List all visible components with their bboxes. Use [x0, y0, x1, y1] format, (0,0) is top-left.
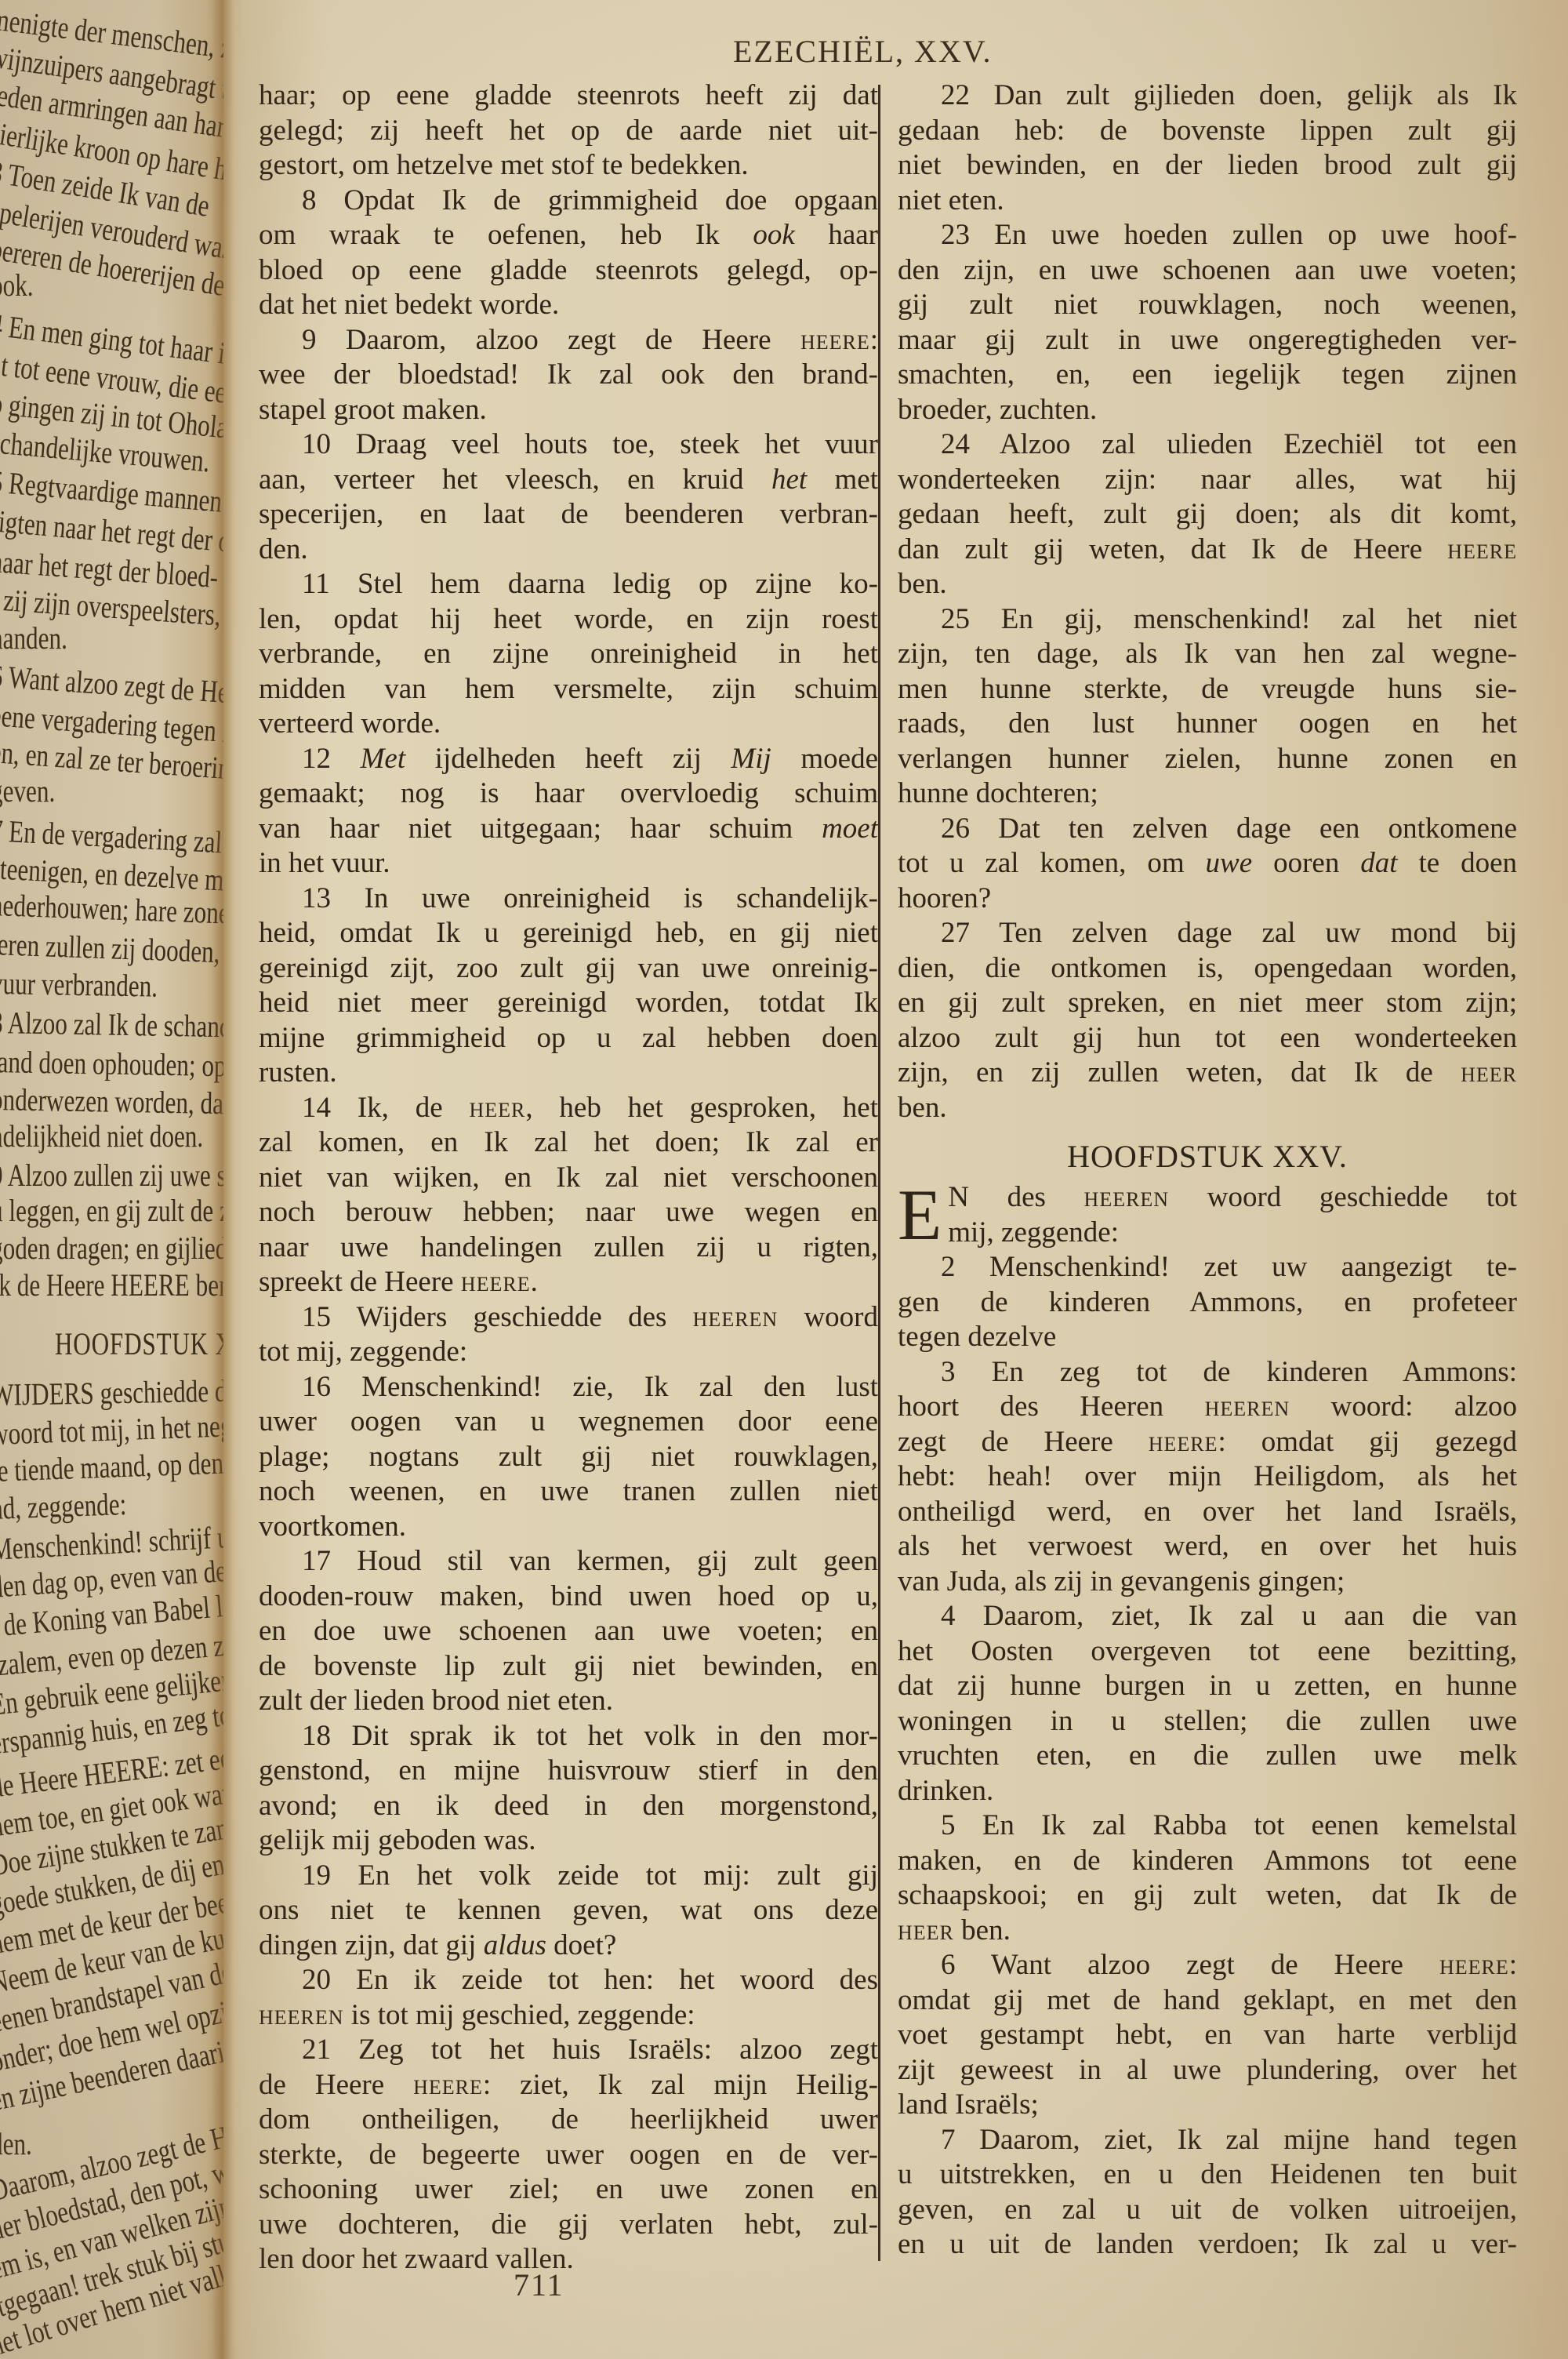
text-line: en gij zult spreken, en niet meer stom z… — [898, 986, 1517, 1021]
column-divider-rule — [878, 85, 880, 2261]
text-line: ontheiligd werd, en over het land Israël… — [898, 1495, 1517, 1530]
text-line: hoort des Heeren heeren woord: alzoo — [898, 1390, 1517, 1425]
text-line: u uitstrekken, en u den Heidenen ten bui… — [898, 2157, 1517, 2193]
text-line: omdat gij met de hand geklapt, en met de… — [898, 1983, 1517, 2019]
chapter-opening: E N des heeren woord geschiedde totmij, … — [898, 1180, 1517, 1250]
text-line: ben. — [898, 567, 1517, 602]
text-line: geven, en zal u uit de volken uitroeijen… — [898, 2193, 1517, 2228]
left-page-line: land doen ophouden; opdat al — [0, 1043, 223, 1085]
text-line: hunne dochteren; — [898, 776, 1517, 812]
left-page-line: nederhouwen; hare zonen — [0, 886, 223, 932]
text-line: 11 Stel hem daarna ledig op zijne ko- — [259, 567, 878, 602]
text-line: midden van hem versmelte, zijn schuim — [259, 672, 878, 707]
text-line: 18 Dit sprak ik tot het volk in den mor- — [259, 1719, 878, 1754]
page-number: 711 — [514, 2266, 564, 2303]
text-line: tegen dezelve — [898, 1320, 1517, 1355]
text-line: raads, den lust hunner oogen en het — [898, 707, 1517, 742]
text-line: land Israëls; — [898, 2088, 1517, 2123]
left-page-line: u leggen, en gij zult de zonden — [0, 1192, 223, 1229]
running-head: EZECHIËL, XXV. — [733, 33, 993, 70]
text-line: de bovenste lip zult gij niet bewinden, … — [259, 1649, 878, 1685]
text-line: len, opdat hij heet worde, en zijn roest — [259, 602, 878, 638]
text-line: smachten, en, een iegelijk tegen zijnen — [898, 358, 1517, 393]
left-page-line: WIJDERS geschiedde des — [0, 1372, 223, 1413]
text-line: 2 Menschenkind! zet uw aangezigt te- — [898, 1250, 1517, 1285]
text-line: den zijn, en uwe schoenen aan uwe voeten… — [898, 253, 1517, 289]
text-line: als het verwoest werd, en over het huis — [898, 1529, 1517, 1565]
text-line: en doe uwe schoenen aan uwe voeten; en — [259, 1614, 878, 1649]
left-page-line: handen. — [0, 620, 67, 656]
text-line: zijn, ten dage, als Ik van hen zal wegne… — [898, 637, 1517, 672]
text-line: spreekt de Heere heere. — [259, 1265, 878, 1300]
text-line: 13 In uwe onreinigheid is schandelijk- — [259, 881, 878, 917]
text-line: 5 En Ik zal Rabba tot eenen kemelstal — [898, 1808, 1517, 1844]
text-line: vruchten eten, en die zullen uwe melk — [898, 1739, 1517, 1774]
text-line: dom ontheiligen, de heerlijkheid uwer — [259, 2103, 878, 2138]
text-line: dat zij hunne burgen in u zetten, en hun… — [898, 1669, 1517, 1704]
text-line: 9 Daarom, alzoo zegt de Heere heere: — [259, 323, 878, 358]
left-page-line: ook. — [0, 267, 34, 304]
text-line: verlangen hunner zielen, hunne zonen en — [898, 742, 1517, 777]
verses-chapter-25: 2 Menschenkind! zet uw aangezigt te-gen … — [898, 1250, 1517, 2263]
text-line: 23 En uwe hoeden zullen op uwe hoof- — [898, 218, 1517, 253]
text-line: niet eten. — [898, 184, 1517, 219]
text-line: gereinigd zijt, zoo zult gij van uwe onr… — [259, 951, 878, 987]
text-line: zijn, en zij zullen weten, dat Ik de hee… — [898, 1056, 1517, 1091]
text-line: van Juda, als zij in gevangenis gingen; — [898, 1565, 1517, 1600]
left-page-line: goden dragen; en gijlieden zult — [0, 1230, 223, 1267]
verses-chapter-24-end: 22 Dan zult gijlieden doen, gelijk als I… — [898, 78, 1517, 1125]
text-line: niet van wijken, en Ik zal niet verschoo… — [259, 1161, 878, 1196]
text-line: dan zult gij weten, dat Ik de Heere heer… — [898, 533, 1517, 568]
book-gutter — [212, 0, 243, 2359]
column-right: 22 Dan zult gijlieden doen, gelijk als I… — [898, 78, 1517, 2263]
text-line: mijne grimmigheid op u zal hebben doen — [259, 1021, 878, 1056]
drop-cap: E — [898, 1183, 942, 1246]
text-line: 24 Alzoo zal ulieden Ezechiël tot een — [898, 427, 1517, 463]
text-line: rusten. — [259, 1056, 878, 1091]
text-line: uwer oogen van u wegnemen door eene — [259, 1405, 878, 1440]
left-page-line: geven. — [0, 772, 55, 809]
text-line: heid niet meer gereinigd worden, totdat … — [259, 986, 878, 1021]
text-line: tot mij, zeggende: — [259, 1335, 878, 1370]
text-line: naar uwe handelingen zullen zij u rigten… — [259, 1230, 878, 1266]
text-line: broeder, zuchten. — [898, 393, 1517, 428]
left-page-fragment: menigte der menschen, zoo zonden zijwijn… — [0, 0, 223, 2359]
left-page-line: 9 Alzoo zullen zij uwe schand- — [0, 1157, 223, 1194]
text-line: 4 Daarom, ziet, Ik zal u aan die van — [898, 1599, 1517, 1634]
text-line: heer ben. — [898, 1914, 1517, 1949]
left-page-line: 8 Alzoo zal Ik de schandelijk- — [0, 1004, 223, 1046]
text-line: 16 Menschenkind! zie, Ik zal den lust — [259, 1370, 878, 1405]
text-line: niet bewinden, en der lieden brood zult … — [898, 148, 1517, 184]
left-page-line: vuur verbranden. — [0, 965, 158, 1005]
text-line: haar; op eene gladde steenrots heeft zij… — [259, 78, 878, 114]
text-line: gedaan heeft, zult gij doen; als dit kom… — [898, 497, 1517, 533]
text-line: 25 En gij, menschenkind! zal het niet — [898, 602, 1517, 638]
text-line: 6 Want alzoo zegt de Heere heere: — [898, 1948, 1517, 1983]
text-line: 14 Ik, de heer, heb het gesproken, het — [259, 1091, 878, 1126]
text-line: dien, die ontkomen is, opengedaan worden… — [898, 951, 1517, 987]
text-line: 26 Dat ten zelven dage een ontkomene — [898, 812, 1517, 847]
left-page-line: den. — [0, 2125, 32, 2162]
text-line: verteerd worde. — [259, 707, 878, 742]
text-line: bloed op eene gladde steenrots gelegd, o… — [259, 253, 878, 289]
text-line: len door het zwaard vallen. — [259, 2242, 878, 2277]
text-line: om wraak te oefenen, heb Ik ook haar — [259, 218, 878, 253]
text-line: 27 Ten zelven dage zal uw mond bij — [898, 916, 1517, 951]
text-line: tot u zal komen, om uwe ooren dat te doe… — [898, 846, 1517, 881]
text-line: specerijen, en laat de beenderen verbran… — [259, 497, 878, 533]
text-line: heeren is tot mij geschied, zeggende: — [259, 1998, 878, 2034]
text-line: 19 En het volk zeide tot mij: zult gij — [259, 1859, 878, 1894]
text-line: plage; nogtans zult gij niet rouwklagen, — [259, 1440, 878, 1475]
left-page-line: Ik de Heere HEERE ben. — [0, 1267, 223, 1303]
text-line: avond; en ik deed in den morgenstond, — [259, 1789, 878, 1824]
text-line: 20 En ik zeide tot hen: het woord des — [259, 1963, 878, 1998]
text-line: 22 Dan zult gijlieden doen, gelijk als I… — [898, 78, 1517, 114]
text-line: zult der lieden brood niet eten. — [259, 1684, 878, 1719]
text-line: gelijk mij geboden was. — [259, 1823, 878, 1859]
text-line: gen de kinderen Ammons, en profeteer — [898, 1285, 1517, 1321]
text-line: noch berouw hebben; naar uwe wegen en — [259, 1195, 878, 1230]
text-line: 12 Met ijdelheden heeft zij Mij moede — [259, 742, 878, 777]
opening-line: mij, zeggende: — [898, 1216, 1517, 1251]
text-line: 10 Draag veel houts toe, steek het vuur — [259, 427, 878, 463]
text-line: 21 Zeg tot het huis Israëls: alzoo zegt — [259, 2033, 878, 2068]
column-left: haar; op eene gladde steenrots heeft zij… — [259, 78, 878, 2277]
text-line: drinken. — [898, 1774, 1517, 1809]
text-line: 3 En zeg tot de kinderen Ammons: — [898, 1355, 1517, 1390]
text-line: schaapskooi; en gij zult weten, dat Ik d… — [898, 1878, 1517, 1914]
text-line: gelegd; zij heeft het op de aarde niet u… — [259, 114, 878, 149]
text-line: schooning uwer ziel; en uwe zonen en — [259, 2172, 878, 2208]
text-line: uwe dochteren, die gij verlaten hebt, zu… — [259, 2208, 878, 2243]
text-line: 15 Wijders geschiedde des heeren woord — [259, 1300, 878, 1336]
text-line: noch weenen, en uwe tranen zullen niet — [259, 1474, 878, 1510]
left-page-line: onderwezen worden, dat zij — [0, 1081, 223, 1122]
text-line: maken, en de kinderen Ammons tot eene — [898, 1844, 1517, 1879]
text-line: wee der bloedstad! Ik zal ook den brand- — [259, 358, 878, 393]
text-line: maar gij zult in uwe ongeregtigheden ver… — [898, 323, 1517, 358]
text-line: hooren? — [898, 881, 1517, 917]
left-page-line: nd, zeggende: — [0, 1485, 127, 1527]
text-line: het Oosten overgeven tot eene bezitting, — [898, 1634, 1517, 1670]
opening-line: N des heeren woord geschiedde tot — [898, 1180, 1517, 1216]
text-line: zegt de Heere heere: omdat gij gezegd — [898, 1425, 1517, 1460]
text-line: dooden-rouw maken, bind uwen hoed op u, — [259, 1579, 878, 1615]
text-line: 8 Opdat Ik de grimmigheid doe opgaan — [259, 184, 878, 219]
text-line: genstond, en mijne huisvrouw stierf in d… — [259, 1754, 878, 1789]
text-line: gemaakt; nog is haar overvloedig schuim — [259, 776, 878, 812]
left-chapter-heading: HOOFDSTUK XXIV. — [55, 1325, 223, 1362]
text-line: alzoo zult gij hun tot een wonderteeken — [898, 1021, 1517, 1056]
text-line: in het vuur. — [259, 846, 878, 881]
text-line: ben. — [898, 1091, 1517, 1126]
text-line: men hunne sterkte, de vreugde huns sie- — [898, 672, 1517, 707]
text-line: den. — [259, 533, 878, 568]
left-page-line: ndelijkheid niet doen. — [0, 1118, 203, 1154]
text-line: van haar niet uitgegaan; haar schuim moe… — [259, 812, 878, 847]
text-line: ons niet te kennen geven, wat ons deze — [259, 1893, 878, 1928]
text-line: en u uit de landen verdoen; Ik zal u ver… — [898, 2227, 1517, 2263]
text-line: woningen in u stellen; die zullen uwe — [898, 1704, 1517, 1739]
chapter-heading: HOOFDSTUK XXV. — [898, 1125, 1517, 1180]
text-line: voet gestampt hebt, en van harte verblij… — [898, 2018, 1517, 2053]
text-line: gij zult niet rouwklagen, noch weenen, — [898, 288, 1517, 323]
text-line: heid, omdat Ik u gereinigd heb, en gij n… — [259, 916, 878, 951]
text-line: 17 Houd stil van kermen, gij zult geen — [259, 1544, 878, 1579]
text-line: wonderteeken zijn: naar alles, wat hij — [898, 463, 1517, 498]
text-line: de Heere heere: ziet, Ik zal mijn Heilig… — [259, 2068, 878, 2103]
text-line: aan, verteer het vleesch, en kruid het m… — [259, 463, 878, 498]
text-line: stapel groot maken. — [259, 393, 878, 428]
text-line: voortkomen. — [259, 1510, 878, 1545]
text-line: zijt geweest in al uwe plundering, over … — [898, 2053, 1517, 2088]
text-line: verbrande, en zijne onreinigheid in het — [259, 637, 878, 672]
text-line: sterkte, de begeerte uwer oogen en de ve… — [259, 2138, 878, 2173]
text-line: zal komen, en Ik zal het doen; Ik zal er — [259, 1125, 878, 1161]
text-line: dat het niet bedekt worde. — [259, 288, 878, 323]
text-line: hebt: heah! over mijn Heiligdom, als het — [898, 1459, 1517, 1495]
text-line: gestort, om hetzelve met stof te bedekke… — [259, 148, 878, 184]
text-line: gedaan heb: de bovenste lippen zult gij — [898, 114, 1517, 149]
text-line: dingen zijn, dat gij aldus doet? — [259, 1928, 878, 1964]
text-line: 7 Daarom, ziet, Ik zal mijne hand tegen — [898, 2123, 1517, 2158]
